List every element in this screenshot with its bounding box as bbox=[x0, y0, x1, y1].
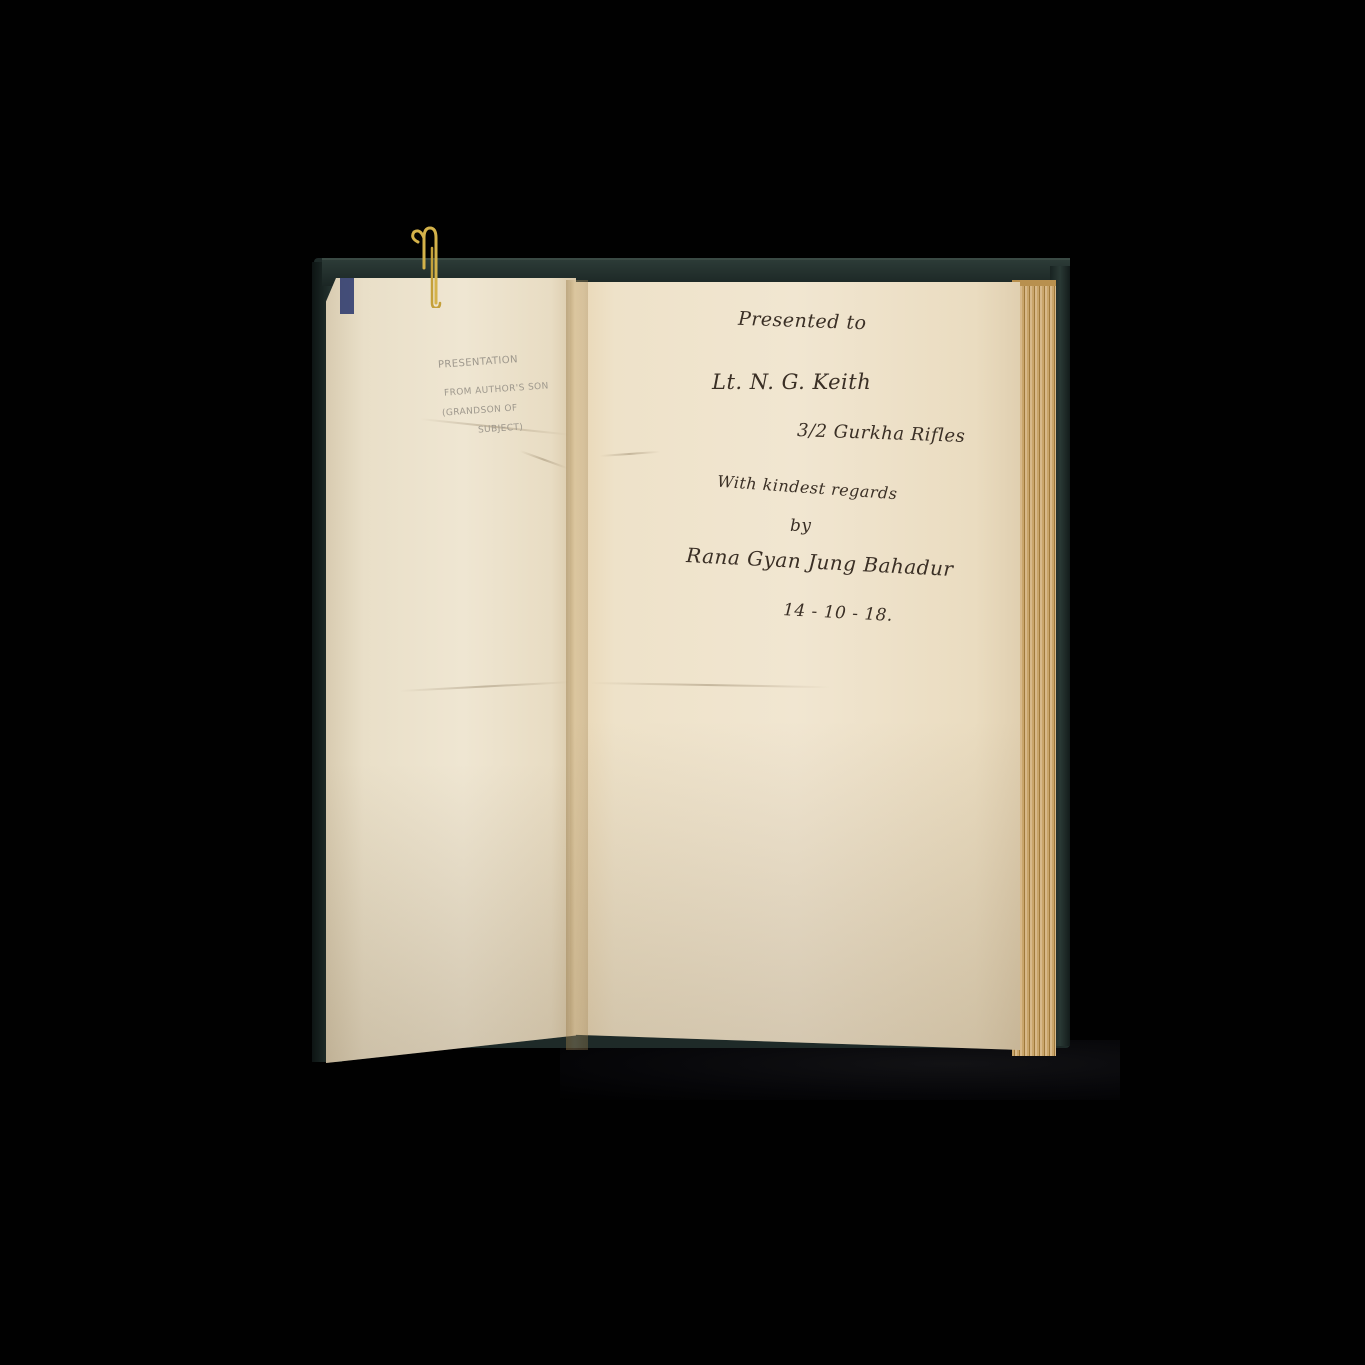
right-inscription-page bbox=[570, 282, 1020, 1050]
photo-scene: Presentation From Author's Son (Grandson… bbox=[0, 0, 1365, 1365]
inscription-by: by bbox=[790, 516, 812, 536]
inscription-recipient: Lt. N. G. Keith bbox=[712, 370, 871, 394]
book-gutter bbox=[566, 280, 588, 1050]
blue-endpaper-corner bbox=[340, 278, 354, 314]
inscription-presented-to: Presented to bbox=[738, 308, 867, 334]
paperclip-icon bbox=[406, 218, 446, 308]
